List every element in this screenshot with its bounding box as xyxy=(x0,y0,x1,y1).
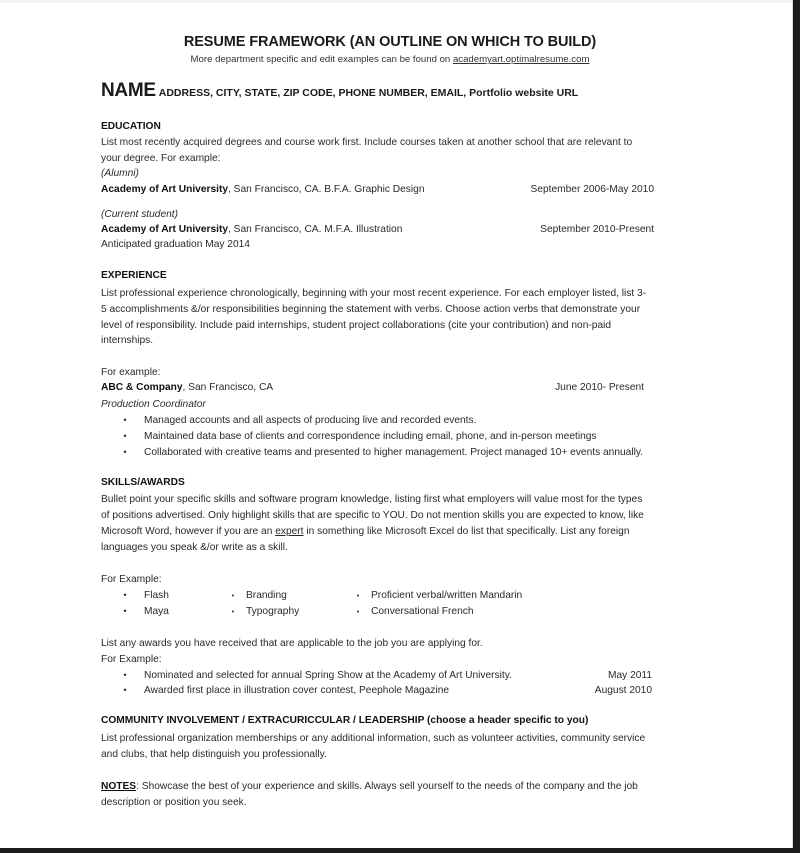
education-intro-line2: your degree. For example: xyxy=(101,151,220,167)
expert-underlined: expert xyxy=(275,526,303,537)
bullet-icon: • xyxy=(114,445,136,461)
experience-bullet-2: •Maintained data base of clients and cor… xyxy=(114,429,597,445)
bullet-icon: • xyxy=(114,668,136,684)
education-status-alumni: (Alumni) xyxy=(101,166,139,182)
experience-dates: June 2010- Present xyxy=(555,380,644,396)
experience-intro-line3: level of responsibility. Include paid in… xyxy=(101,318,611,334)
bullet-icon: • xyxy=(114,683,136,699)
skills-intro-line2: of positions advertised. Only highlight … xyxy=(101,508,644,524)
experience-company-line: ABC & Company, San Francisco, CA xyxy=(101,380,273,396)
bullet-icon: • xyxy=(347,589,369,605)
experience-bullet-3: •Collaborated with creative teams and pr… xyxy=(114,445,643,461)
school-name: Academy of Art University xyxy=(101,184,228,195)
bullet-icon: • xyxy=(114,588,136,604)
notes-line2: description or position you seek. xyxy=(101,795,247,811)
document-title: RESUME FRAMEWORK (AN OUTLINE ON WHICH TO… xyxy=(0,34,780,50)
skills-intro-line1: Bullet point your specific skills and so… xyxy=(101,492,642,508)
community-line2: and clubs, that help distinguish you pro… xyxy=(101,747,327,763)
education-status-current: (Current student) xyxy=(101,207,178,223)
award-date-2: August 2010 xyxy=(595,683,652,699)
skill-item: •Proficient verbal/written Mandarin xyxy=(347,588,522,605)
company-location: , San Francisco, CA xyxy=(183,382,274,393)
company-name: ABC & Company xyxy=(101,382,183,393)
education-entry-1: Academy of Art University, San Francisco… xyxy=(101,182,424,198)
experience-intro-line2: 5 accomplishments &/or responsibilities … xyxy=(101,302,640,318)
experience-intro-line1: List professional experience chronologic… xyxy=(101,286,646,302)
skill-item: •Typography xyxy=(222,604,299,621)
bullet-icon: • xyxy=(347,605,369,621)
skills-intro-line3: Microsoft Word, however if you are an ex… xyxy=(101,524,629,540)
experience-heading: EXPERIENCE xyxy=(101,270,167,281)
experience-intro-line4: internships. xyxy=(101,333,153,349)
awards-intro: List any awards you have received that a… xyxy=(101,636,483,652)
notes-label: NOTES xyxy=(101,781,136,792)
awards-example-label: For Example: xyxy=(101,652,162,668)
bullet-icon: • xyxy=(222,605,244,621)
skills-example-label: For Example: xyxy=(101,572,162,588)
contact-details: ADDRESS, CITY, STATE, ZIP CODE, PHONE NU… xyxy=(159,87,578,99)
anticipated-graduation: Anticipated graduation May 2014 xyxy=(101,237,250,253)
award-item-1: •Nominated and selected for annual Sprin… xyxy=(114,668,512,684)
name-contact-line: NAMEADDRESS, CITY, STATE, ZIP CODE, PHON… xyxy=(101,80,578,102)
experience-bullet-1: •Managed accounts and all aspects of pro… xyxy=(114,413,476,429)
bullet-icon: • xyxy=(222,589,244,605)
community-line1: List professional organization membershi… xyxy=(101,731,645,747)
skill-item: •Maya xyxy=(114,604,169,620)
optimalresume-link[interactable]: academyart.optimalresume.com xyxy=(453,54,590,65)
bullet-icon: • xyxy=(114,429,136,445)
community-heading: COMMUNITY INVOLVEMENT / EXTRACURICCULAR … xyxy=(101,715,588,726)
bullet-icon: • xyxy=(114,413,136,429)
skills-heading: SKILLS/AWARDS xyxy=(101,477,185,488)
school-name: Academy of Art University xyxy=(101,224,228,235)
education-heading: EDUCATION xyxy=(101,121,161,132)
education-intro-line1: List most recently acquired degrees and … xyxy=(101,135,632,151)
skill-item: •Branding xyxy=(222,588,287,605)
education-entry-2: Academy of Art University, San Francisco… xyxy=(101,222,402,238)
name-placeholder: NAME xyxy=(101,80,156,101)
experience-role: Production Coordinator xyxy=(101,397,206,413)
award-date-1: May 2011 xyxy=(608,668,652,684)
degree-details: , San Francisco, CA. M.F.A. Illustration xyxy=(228,224,402,235)
skill-item: •Flash xyxy=(114,588,169,604)
document-subtitle: More department specific and edit exampl… xyxy=(0,54,780,65)
skill-item: •Conversational French xyxy=(347,604,474,621)
notes-line1: NOTES: Showcase the best of your experie… xyxy=(101,779,638,795)
document-page: RESUME FRAMEWORK (AN OUTLINE ON WHICH TO… xyxy=(0,0,793,848)
subtitle-text: More department specific and edit exampl… xyxy=(191,54,453,65)
experience-example-label: For example: xyxy=(101,365,160,381)
degree-details: , San Francisco, CA. B.F.A. Graphic Desi… xyxy=(228,184,424,195)
education-dates-1: September 2006-May 2010 xyxy=(531,182,654,198)
education-dates-2: September 2010-Present xyxy=(540,222,654,238)
skills-intro-line4: languages you speak &/or write as a skil… xyxy=(101,540,288,556)
award-item-2: •Awarded first place in illustration cov… xyxy=(114,683,449,699)
bullet-icon: • xyxy=(114,604,136,620)
